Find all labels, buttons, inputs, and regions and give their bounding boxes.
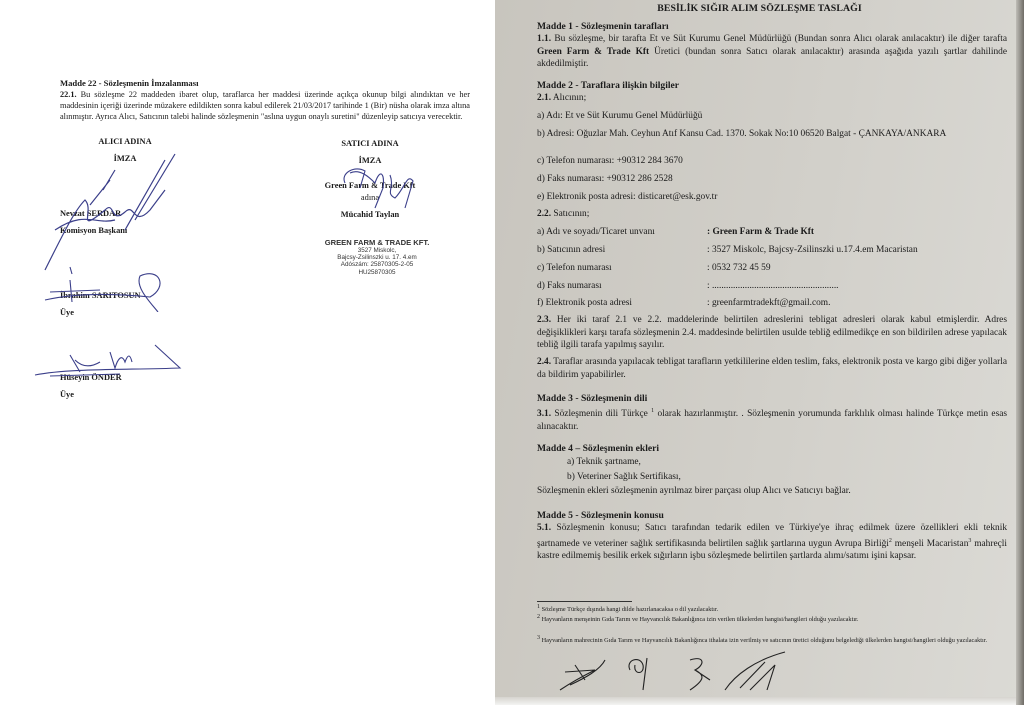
document-title: BESİLİK SIĞIR ALIM SÖZLEŞME TASLAĞI [495,3,1024,14]
article-22-title: Madde 22 - Sözleşmenin İmzalanması [60,78,198,88]
buyer-sign-label: İMZA [80,154,170,163]
buyer-phone: c) Telefon numarası: +90312 284 3670 [537,156,683,166]
seller-phone-value: : 0532 732 45 59 [707,263,771,273]
stamp-line: Adószám: 25870305-2-05 [307,261,447,268]
article-2-4-text: 2.4. Taraflar arasında yapılacak tebliga… [537,356,1007,381]
article-5-heading: Madde 5 - Sözleşmenin konusu [537,510,1007,521]
signatory-role: Üye [60,390,74,399]
seller-phone-label: c) Telefon numarası [537,263,612,273]
article-2-3-text: 2.3. Her iki taraf 2.1 ve 2.2. maddeleri… [537,314,1007,352]
article-5-text: 5.1. Sözleşmenin konusu; Satıcı tarafınd… [537,522,1007,563]
stamp-title: GREEN FARM & TRADE KFT. [307,238,447,247]
article-1-text: 1.1. Bu sözleşme, bir tarafta Et ve Süt … [537,33,1007,71]
seller-info-label: 2.2. Satıcının; [537,209,589,219]
article-4-heading: Madde 4 – Sözleşmenin ekleri [537,443,1007,454]
seller-address-label: b) Satıcının adresi [537,245,605,255]
article-22-number: 22.1. [60,90,77,99]
stamp-line: 3527 Miskolc, [307,247,447,254]
seller-name-value: : Green Farm & Trade Kft [707,227,814,237]
page-initials-icon [555,650,815,700]
signatory-name: Nevzat SERDAR [60,209,121,218]
article-22-text: 22.1. Bu sözleşme 22 maddeden ibaret olu… [60,89,470,122]
buyer-info-label: 2.1. Alıcının; [537,93,586,103]
signatory-role: Komisyon Başkanı [60,226,127,235]
article-3-text: 3.1. Sözleşmenin dili Türkçe 1 olarak ha… [537,405,1007,433]
signatory-name: Hüseyin ÖNDER [60,373,122,382]
signature-page: Madde 22 - Sözleşmenin İmzalanması 22.1.… [0,0,495,705]
company-stamp: GREEN FARM & TRADE KFT. 3527 Miskolc, Ba… [307,238,447,276]
buyer-address: b) Adresi: Oğuzlar Mah. Ceyhun Atıf Kans… [537,128,992,141]
attachments-closing: Sözleşmenin ekleri sözleşmenin ayrılmaz … [537,486,851,496]
article-3-heading: Madde 3 - Sözleşmenin dili [537,393,1007,404]
buyer-heading: ALICI ADINA [80,137,170,146]
seller-email-label: f) Elektronik posta adresi [537,298,632,308]
seller-heading: SATICI ADINA [315,139,425,148]
contract-draft-page: BESİLİK SIĞIR ALIM SÖZLEŞME TASLAĞI Madd… [495,0,1024,705]
footnote: 2 Hayvanların menşeinin Gıda Tarım ve Ha… [537,613,1007,624]
seller-signatory-name: Mücahid Taylan [305,210,435,219]
attachment-item: b) Veteriner Sağlık Sertifikası, [567,472,681,482]
seller-name-label: a) Adı ve soyadı/Ticaret unvanı [537,227,655,237]
page-edge [495,697,1024,705]
signatory-name: İbrahim SARITOSUN [60,291,141,300]
seller-sign-label: İMZA [315,156,425,165]
seller-company-line: Green Farm & Trade Kft [295,181,445,190]
signatory-role: Üye [60,308,74,317]
article-1-heading: Madde 1 - Sözleşmenin tarafları [537,21,1007,32]
seller-address-value: : 3527 Miskolc, Bajcsy-Zsilinszki u.17.4… [707,245,918,255]
seller-fax-value: : ......................................… [707,281,839,291]
footnote: 3 Hayvanların mahrecinin Gıda Tarım ve H… [537,634,1007,645]
stamp-line: Bajcsy-Zsilinszki u. 17. 4.em [307,254,447,261]
signature-ibrahim-saritosun-icon [40,262,170,312]
footnote-divider [537,601,632,602]
seller-on-behalf: adına [315,193,425,202]
seller-fax-label: d) Faks numarası [537,281,602,291]
seller-email-value: : greenfarmtradekft@gmail.com. [707,298,830,308]
article-2-heading: Madde 2 - Taraflara ilişkin bilgiler [537,80,1007,91]
attachment-item: a) Teknik şartname, [567,457,641,467]
stamp-line: HU25870305 [307,269,447,276]
buyer-fax: d) Faks numarası: +90312 286 2528 [537,174,673,184]
buyer-email: e) Elektronik posta adresi: disticaret@e… [537,192,717,202]
buyer-name: a) Adı: Et ve Süt Kurumu Genel Müdürlüğü [537,111,702,121]
